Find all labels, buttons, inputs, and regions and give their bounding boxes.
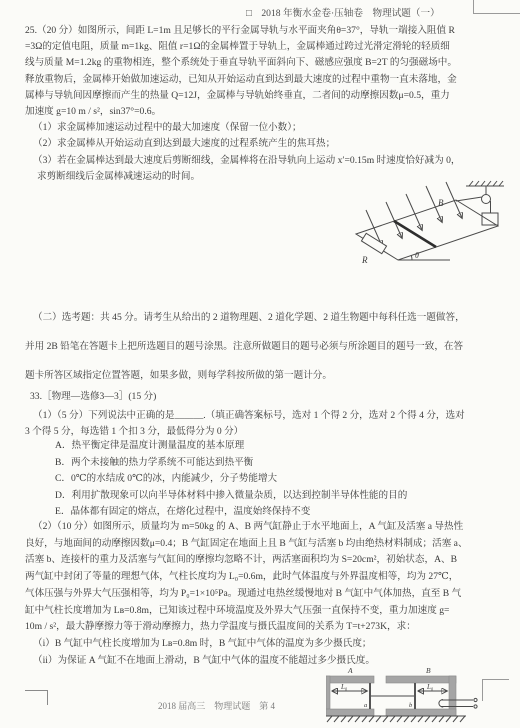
option-a: A．热平衡定律是温度计测量温度的基本原理: [25, 438, 503, 455]
question-33-title: 33.［物理—选修3—3］(15 分): [30, 389, 508, 405]
q33-p2-line: 缸中气柱长度增加为 Lʙ=0.8m，已知该过程中环境温度及外界大气压强一直保持不…: [25, 603, 503, 620]
cylinder-a-label: A: [347, 666, 353, 675]
section-line: （二）选考题：共 45 分。请考生从给出的 2 道物理题、2 道化学题、2 道生…: [25, 303, 503, 332]
page-footer: 2018 届高三 物理试题 第 4: [158, 699, 275, 712]
q25-line: 25.（20 分）如图所示，间距 L=1m 且足够长的平行金属导轨与水平面夹角θ…: [25, 23, 503, 39]
resistor-icon: [361, 233, 386, 253]
q25-subquestion-1: （1）求金属棒加速运动过程中的最大加速度（保留一位小数）；: [25, 120, 503, 136]
q33-title-text: 33.［物理—选修3—3］(15 分): [30, 389, 508, 405]
pulley-icon: [482, 186, 491, 204]
cylinder-a-walls: [326, 676, 374, 716]
q25-line: 线与质量 M=1.2kg 的重物相连，整个系统处于垂直导轨平面斜向下、磁感应强度…: [25, 55, 503, 71]
q33-p2-line: （2）（10 分）如图所示，质量均为 m=50kg 的 A、B 两气缸静止于水平…: [25, 519, 503, 536]
q33-part1-options: A．热平衡定律是温度计测量温度的基本原理 B．两个未接触的热力学系统不可能达到热…: [25, 438, 503, 521]
q33-p2-line: 良好，与地面间的动摩擦因数μ=0.4；B 气缸固定在地面上且 B 气缸与活塞 b…: [25, 536, 503, 553]
q33-p2-line: 活塞 b、连接杆的重力及活塞与气缸间的摩擦均忽略不计，两活塞面积均为 S=20c…: [25, 552, 503, 569]
q25-subquestion-3: （3）若在金属棒达到最大速度后剪断细线，金属棒将在沿导轨向上运动 x′=0.15…: [25, 153, 503, 169]
option-d: D．利用扩散现象可以向半导体材料中掺入微量杂质，以达到控制半导体性能的目的: [25, 488, 503, 505]
piston-b: [414, 683, 416, 709]
ground-hatch-icon: [326, 716, 466, 722]
scan-corner-mark-top-right: [473, 0, 520, 14]
resistor-label: R: [361, 255, 368, 265]
option-b: B．两个未接触的热力学系统不可能达到热平衡: [25, 455, 503, 472]
q25-subquestion-2: （2）求金属棒从开始运动直到达到最大速度的过程系统产生的焦耳热；: [25, 136, 503, 152]
scan-corner-mark-bottom-left: [25, 690, 48, 705]
string-line: [456, 197, 482, 201]
piston-a-label: a: [364, 702, 367, 709]
q33-subquestion-i: （i）B 气缸中气柱长度增加为 Lʙ=0.8m 时，B 气缸中气体的温度为多少摄…: [25, 636, 503, 653]
scan-corner-mark-bottom-right: [482, 679, 509, 701]
exam-page: { "header": { "title": "□ 2018 年衡水金卷·压轴卷…: [0, 0, 520, 728]
q25-line: 释放重物后，金属棒开始做加速运动，已知从开始运动直到达到最大速度的过程中重物一直…: [25, 72, 503, 88]
ceiling-hatch-icon: [466, 181, 504, 186]
incline-rails-figure: B R θ: [352, 176, 516, 276]
q33-part2: （2）（10 分）如图所示，质量均为 m=50kg 的 A、B 两气缸静止于水平…: [25, 519, 503, 669]
q33-p2-line: 两气缸中封闭了等量的理想气体，气柱长度均为 L₀=0.6m，此时气体温度与外界温…: [25, 569, 503, 586]
heater-coil-icon: [439, 698, 477, 708]
q25-line: 属棒与导轨间因摩擦而产生的热量 Q=12J，金属棒与导轨始终垂直，二者间的动摩擦…: [25, 88, 503, 104]
piston-b-label: b: [409, 702, 413, 709]
q33-p1-line: （1）（5 分）下列说法中正确的是______.（填正确答案标号，选对 1 个得…: [25, 408, 503, 424]
q25-line: 加速度 g=10 m / s²，sin37°=0.6。: [25, 104, 503, 120]
option-c: C．0℃的水结成 0℃的冰，内能减少，分子势能增大: [25, 471, 503, 488]
q33-p2-line: 10m / s²，最大静摩擦力等于滑动摩擦力，热力学温度与摄氏温度间的关系为 T…: [25, 619, 503, 636]
question-25: 25.（20 分）如图所示，间距 L=1m 且足够长的平行金属导轨与水平面夹角θ…: [25, 23, 503, 185]
page-header-title: □ 2018 年衡水金卷·压轴卷 物理试题（一）: [246, 5, 440, 19]
field-label: B: [438, 198, 444, 208]
q33-part1: （1）（5 分）下列说法中正确的是______.（填正确答案标号，选对 1 个得…: [25, 408, 503, 440]
angle-label: θ: [415, 251, 419, 260]
cylinder-b-label: B: [426, 666, 431, 675]
gas-length-label-b: L₀: [426, 683, 434, 691]
q25-line: =3Ω的定值电阻，质量 m=1kg、阻值 r=1Ω的金属棒置于导轨上，金属棒通过…: [25, 39, 503, 55]
section-line: 并用 2B 铅笔在答题卡上把所选题目的题号涂黑。注意所做题目的题号必须与所涂题目…: [25, 332, 503, 361]
gas-length-label-a: L₀: [340, 683, 348, 691]
section-two-intro: （二）选考题：共 45 分。请考生从给出的 2 道物理题、2 道化学题、2 道生…: [25, 303, 503, 390]
q33-p2-line: 气体压强与外界大气压强相等，均为 P₀=1×10⁵Pa。现通过电热丝缓慢地对 B…: [25, 586, 503, 603]
angle-arc: [411, 256, 412, 261]
piston-a: [369, 683, 371, 709]
section-line: 题卡所答区域指定位置答题，如果多做，则每学科按所做的第一题计分。: [25, 361, 503, 390]
